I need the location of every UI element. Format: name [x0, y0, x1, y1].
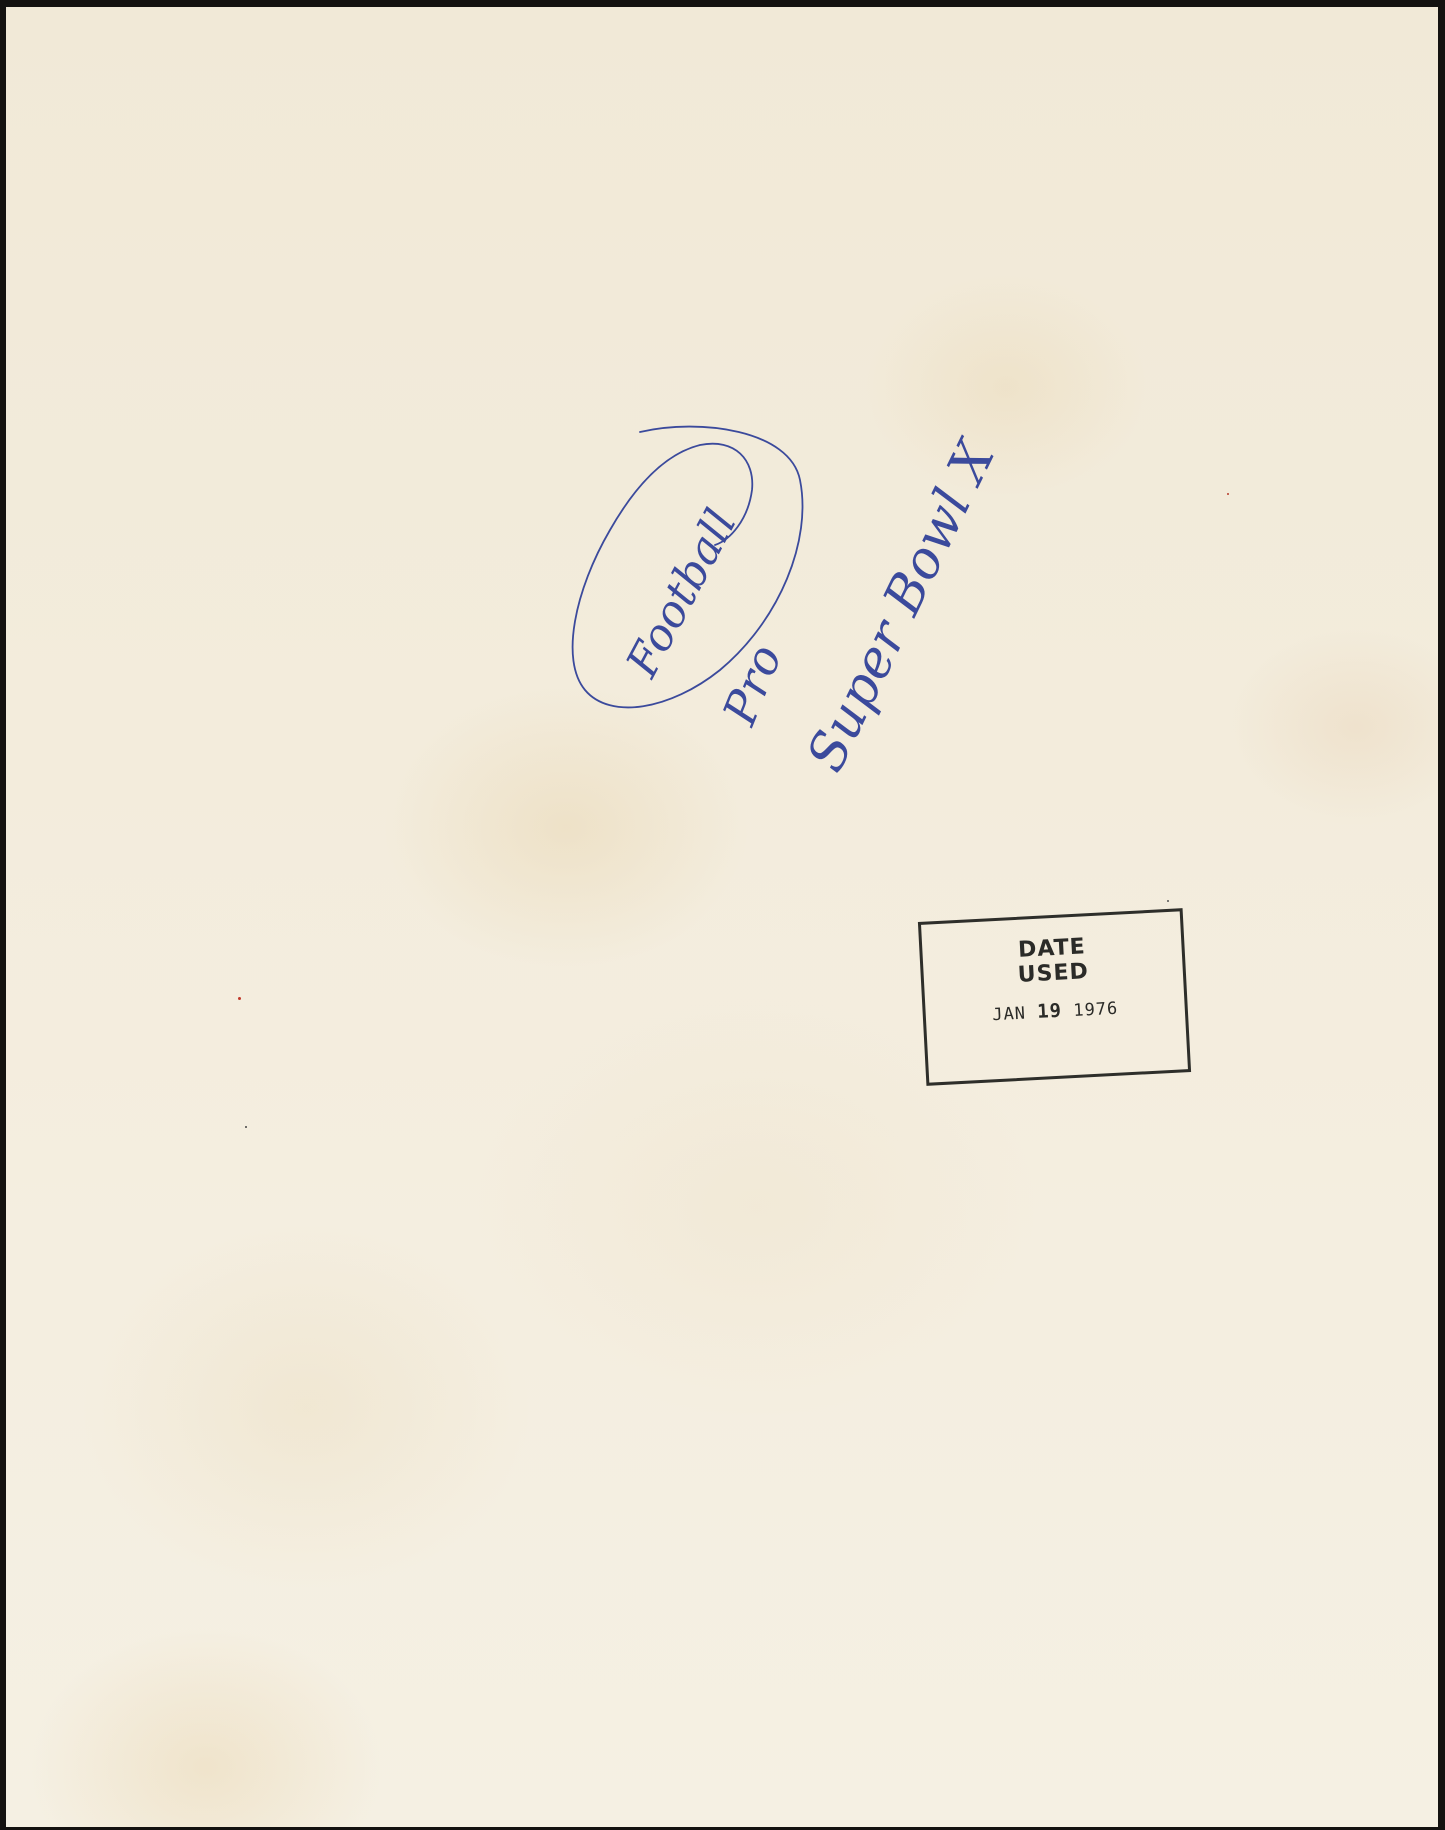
- photo-back-paper: [6, 7, 1438, 1827]
- stamp-date: JAN 19 1976: [925, 993, 1185, 1029]
- stamp-year: 1976: [1073, 999, 1119, 1021]
- ink-speck: [1167, 900, 1169, 902]
- red-speck: [1227, 493, 1229, 495]
- stamp-month: JAN: [992, 1004, 1027, 1026]
- dark-speck: [245, 1126, 247, 1128]
- date-used-stamp: DATE USED JAN 19 1976: [918, 908, 1191, 1086]
- stamp-day: 19: [1037, 1000, 1063, 1023]
- red-speck: [238, 997, 241, 1000]
